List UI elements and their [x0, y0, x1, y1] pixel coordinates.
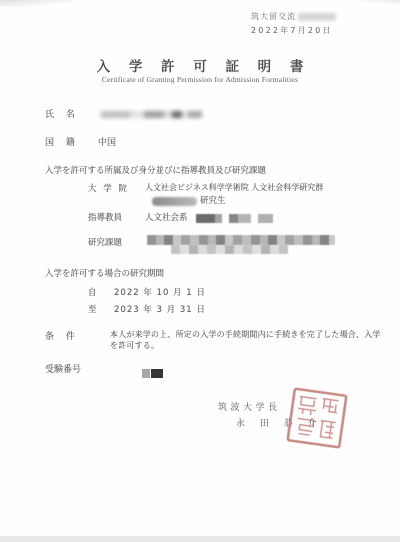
signature-office: 筑波大学長	[218, 400, 281, 413]
advisor-name-redaction	[196, 214, 273, 223]
document-number-redaction	[298, 13, 336, 21]
scan-edge-top-left	[0, 0, 72, 7]
scan-edge-bottom	[0, 536, 400, 542]
page-subtitle-en: Certificate of Granting Permission for A…	[0, 75, 400, 84]
name-label: 氏 名	[45, 107, 75, 120]
name-redaction	[100, 111, 216, 118]
advisor-division-value: 人文社会系	[145, 211, 188, 223]
status-value: 研究生	[200, 194, 226, 206]
exam-number-label: 受験番号	[45, 362, 81, 375]
period-to-value: 2023 年 3 月 31 日	[114, 303, 206, 315]
issue-date: 2022年7月20日	[251, 25, 333, 36]
graduate-school-value: 人文社会ビジネス科学学術院 人文社会科学研究群	[145, 182, 323, 193]
period-heading: 入学を許可する場合の研究期間	[45, 267, 164, 279]
status-prefix-redaction	[152, 197, 197, 206]
president-seal-icon	[285, 386, 348, 449]
condition-text: 本人が来学の上、所定の入学の手続期間内に手続きを完了した場合、入学を許可する。	[110, 329, 382, 351]
certificate-page: 筑大留交流 2022年7月20日 入 学 許 可 証 明 書 Certifica…	[0, 0, 400, 542]
scan-edge-top-right	[360, 0, 400, 4]
page-title: 入 学 許 可 証 明 書	[0, 55, 400, 75]
research-topic-redaction-line2	[171, 245, 288, 254]
graduate-school-label: 大 学 院	[88, 182, 127, 194]
research-topic-redaction-line1	[147, 235, 335, 245]
period-from-value: 2022 年 10 月 1 日	[114, 286, 206, 298]
advisor-label: 指導教員	[88, 211, 122, 223]
document-number: 筑大留交流	[251, 11, 336, 22]
document-number-prefix: 筑大留交流	[251, 12, 296, 21]
period-from-label: 自	[88, 286, 97, 298]
nationality-label: 国 籍	[45, 135, 75, 148]
period-to-label: 至	[88, 303, 97, 315]
nationality-value: 中国	[98, 135, 116, 148]
affiliation-heading: 入学を許可する所属及び身分並びに指導教員及び研究課題	[45, 164, 266, 176]
condition-label: 条 件	[45, 329, 75, 342]
exam-number-redaction	[142, 363, 163, 382]
research-topic-label: 研究課題	[88, 236, 122, 248]
